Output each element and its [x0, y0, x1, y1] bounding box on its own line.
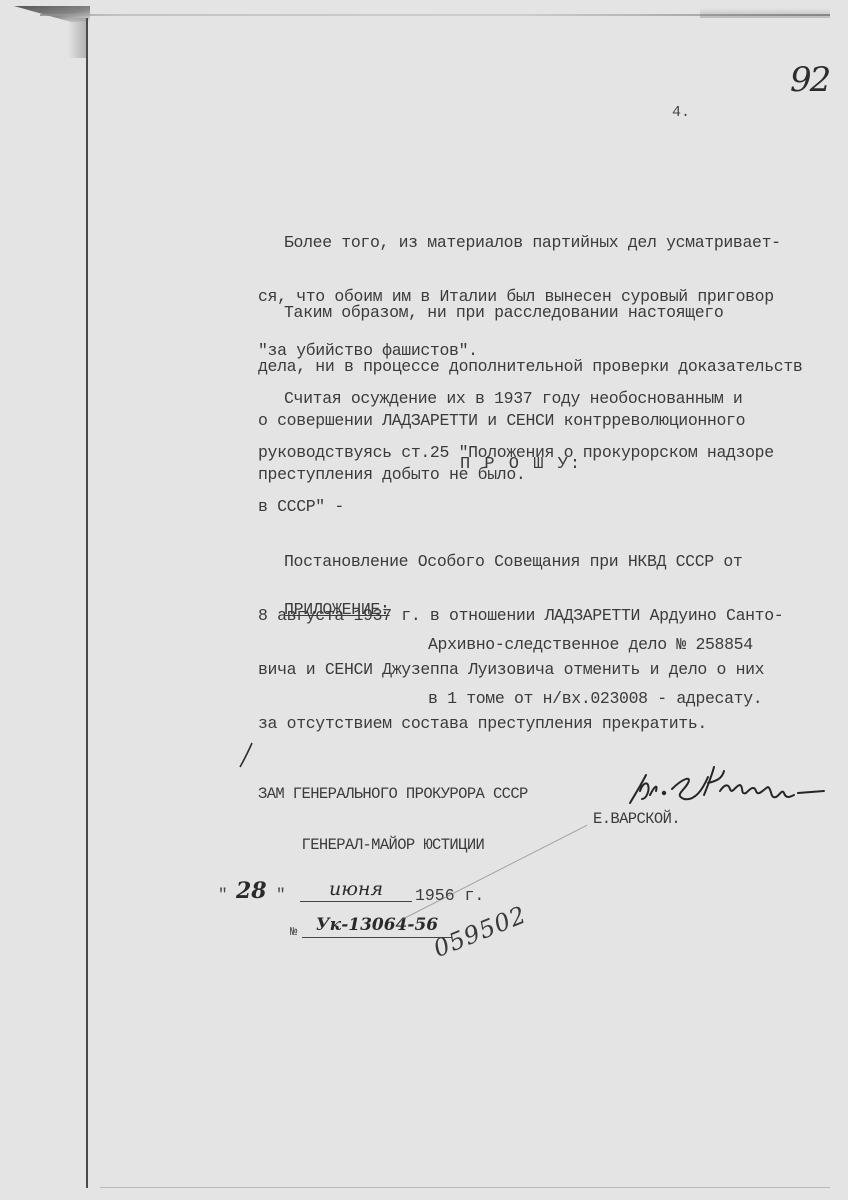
margin-shadow [68, 18, 86, 58]
text-line: Архивно-следственное дело № 258854 [428, 636, 762, 654]
request-heading: П Р О Ш У: [460, 455, 582, 474]
handwritten-slash-mark [238, 742, 254, 768]
folio-number: 92 [790, 60, 829, 100]
signatory-title: ЗАМ ГЕНЕРАЛЬНОГО ПРОКУРОРА СССР ГЕНЕРАЛ-… [258, 752, 528, 888]
date-month-handwritten: июня [300, 878, 412, 902]
attachment-label: ПРИЛОЖЕНИЕ: [284, 600, 390, 619]
date-close-quote: " [276, 886, 286, 904]
signer-name: Е.ВАРСКОЙ. [593, 810, 680, 828]
date-day-handwritten: 28 [236, 878, 267, 904]
handwritten-signature [628, 755, 828, 815]
registration-number-handwritten: Ук-13064-56 [302, 915, 452, 938]
text-line: Таким образом, ни при расследовании наст… [258, 304, 848, 322]
title-line: ЗАМ ГЕНЕРАЛЬНОГО ПРОКУРОРА СССР [258, 786, 528, 803]
text-line: Более того, из материалов партийных дел … [258, 234, 848, 252]
page-number: 4. [672, 104, 690, 121]
text-line: в СССР" - [258, 498, 848, 516]
number-sign: № [290, 925, 297, 939]
page-bottom-edge [100, 1187, 830, 1188]
binding-margin-line [86, 18, 88, 1188]
title-line: ГЕНЕРАЛ-МАЙОР ЮСТИЦИИ [258, 837, 528, 854]
date-open-quote: " [218, 886, 228, 904]
handwritten-stamp-number: 059502 [430, 900, 531, 963]
text-line: Постановление Особого Совещания при НКВД… [258, 553, 848, 571]
text-line: в 1 томе от н/вх.023008 - адресату. [428, 690, 762, 708]
page-top-edge-shadow [700, 8, 830, 18]
attachment-text: Архивно-следственное дело № 258854 в 1 т… [428, 600, 762, 744]
text-line: Считая осуждение их в 1937 году необосно… [258, 390, 848, 408]
